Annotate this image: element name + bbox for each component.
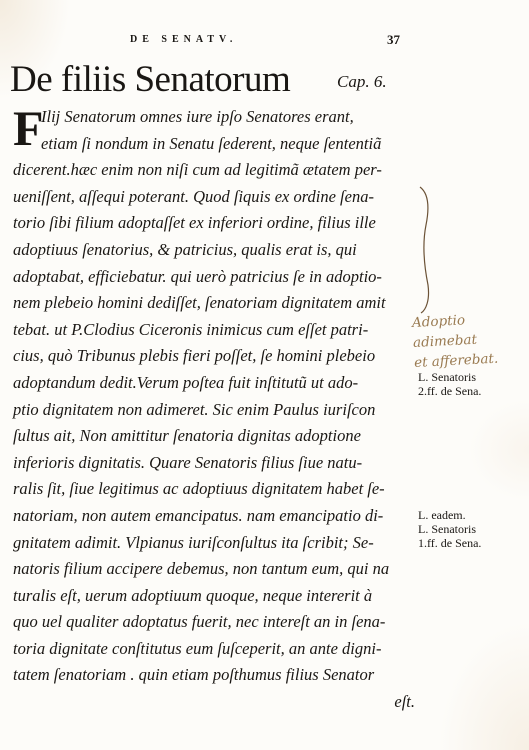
text-line: eſt. xyxy=(13,689,415,716)
text-line: tebat. ut P.Clodius Ciceronis inimicus c… xyxy=(13,317,415,344)
text-line: nem plebeio homini dediſſet, ſenatoriam … xyxy=(13,290,415,317)
margin-citation: L. eadem. L. Senatoris 1.ff. de Sena. xyxy=(418,508,481,550)
text-line: Ilij Senatorum omnes iure ipſo Senatores… xyxy=(13,104,415,131)
page-number: 37 xyxy=(387,32,400,48)
chapter-label: Cap. 6. xyxy=(337,72,387,92)
text-line: tatem ſenatoriam . quin etiam poſthumus … xyxy=(13,662,415,689)
text-line: quo uel qualiter adoptatus fuerit, nec i… xyxy=(13,609,415,636)
text-line: etiam ſi nondum in Senatu ſederent, nequ… xyxy=(13,131,415,158)
text-line: adoptandum dedit.Verum poſtea fuit inſti… xyxy=(13,370,415,397)
text-line: turalis eſt, uerum adoptiuum quoque, neq… xyxy=(13,583,415,610)
manuscript-annotation: Adoptio adimebat et afferebat. xyxy=(412,307,529,373)
body-text: Ilij Senatorum omnes iure ipſo Senatores… xyxy=(13,104,415,716)
text-line: adoptabat, efficiebatur. qui uerò patric… xyxy=(13,264,415,291)
text-line: toria dignitate conſtitutus eum ſuſceper… xyxy=(13,636,415,663)
text-line: natoris filium accipere debemus, non tan… xyxy=(13,556,415,583)
text-line: torio ſibi filium adoptaſſet ex inferior… xyxy=(13,210,415,237)
margin-citation: L. Senatoris 2.ff. de Sena. xyxy=(418,370,481,398)
text-line: ſultus ait, Non amittitur ſenatoria dign… xyxy=(13,423,415,450)
text-line: natoriam, non autem emancipatus. nam ema… xyxy=(13,503,415,530)
running-head: DE SENATV. xyxy=(130,34,237,45)
book-page: DE SENATV. 37 De filiis Senatorum Cap. 6… xyxy=(0,0,529,750)
text-line: adoptiuus ſenatorius, & patricius, quali… xyxy=(13,237,415,264)
handwritten-bracket xyxy=(418,185,434,315)
text-line: ptio dignitatem non adimeret. Sic enim P… xyxy=(13,397,415,424)
text-line: gnitatem adimit. Vlpianus iuriſconſultus… xyxy=(13,530,415,557)
chapter-title: De filiis Senatorum xyxy=(10,60,290,100)
text-line: ueniſſent, aſſequi poterant. Quod ſiquis… xyxy=(13,184,415,211)
text-line: inferioris dignitatis. Quare Senatoris f… xyxy=(13,450,415,477)
text-line: cius, quò Tribunus plebis fieri poſſet, … xyxy=(13,343,415,370)
text-line: dicerent.hæc enim non niſi cum ad legiti… xyxy=(13,157,415,184)
text-line: ralis ſit, ſiue legitimus ac adoptiuus d… xyxy=(13,476,415,503)
